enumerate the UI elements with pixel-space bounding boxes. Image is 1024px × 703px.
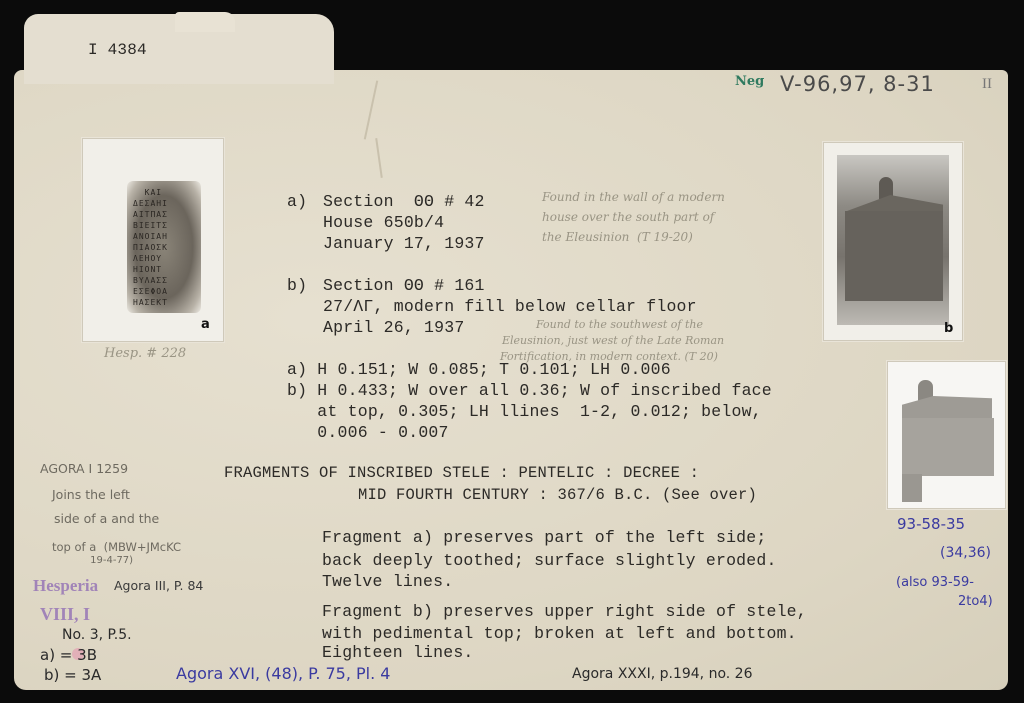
agora-xvi-ref: Agora XVI, (48), P. 75, Pl. 4 xyxy=(176,664,390,683)
right-note-3: (also 93-59- xyxy=(896,575,974,590)
fragment-b-desc-1: Fragment b) preserves upper right side o… xyxy=(322,601,807,622)
fragment-a-desc-2: back deeply toothed; surface slightly er… xyxy=(322,550,777,571)
agora-join-5: 19-4-77) xyxy=(52,550,133,572)
photo-frame-a: ΚΑΙ ΔΕΣΑΗΙ ΑΙΤΠΑΣ ΒΙΕΙΤΣ ΑΝΟΙΑΗ ΠΙΑΟΣΚ Λ… xyxy=(82,138,224,342)
neg-label: Neg xyxy=(735,74,764,89)
agora-iii-ref: Agora III, P. 84 xyxy=(114,578,203,593)
fragment-b-desc-3: Eighteen lines. xyxy=(322,642,474,663)
context-b: 27/ΛΓ, modern fill below cellar floor xyxy=(323,296,697,317)
agora-join-1: AGORA I 1259 xyxy=(40,458,128,480)
pencil-note-a-3: the Eleusinion (T 19-20) xyxy=(542,227,693,247)
a-equals: a) = 3B xyxy=(40,646,97,664)
photo-a-caption: Hesp. # 228 xyxy=(104,344,186,364)
marker-b: b) xyxy=(287,275,307,296)
fragment-b-desc-2: with pedimental top; broken at left and … xyxy=(322,623,797,644)
stele-fragment-a xyxy=(902,474,922,502)
object-title-2: MID FOURTH CENTURY : 367/6 B.C. (See ove… xyxy=(358,485,757,506)
dimensions-b-2: at top, 0.305; LH llines 1-2, 0.012; bel… xyxy=(287,401,762,422)
dimensions-b-1: b) H 0.433; W over all 0.36; W of inscri… xyxy=(287,380,772,401)
stele-face xyxy=(902,418,994,476)
agora-xxxi-ref: Agora XXXI, p.194, no. 26 xyxy=(572,666,752,682)
section-a: Section ΘΘ # 42 xyxy=(323,191,485,212)
fragment-b-photo xyxy=(837,155,949,325)
right-note-4: 2to4) xyxy=(958,594,993,609)
agora-join-2: Joins the left xyxy=(52,484,130,506)
dimensions-a: a) H 0.151; W 0.085; T 0.101; LH 0.006 xyxy=(287,359,671,380)
inventory-number: I 4384 xyxy=(88,40,147,61)
photo-label-a: a xyxy=(201,317,210,332)
dimensions-b-3: 0.006 - 0.007 xyxy=(287,422,449,443)
fragment-a-desc-3: Twelve lines. xyxy=(322,571,453,592)
no-ref: No. 3, P.5. xyxy=(62,627,132,643)
section-b: Section ΘΘ # 161 xyxy=(323,275,485,296)
object-title-1: FRAGMENTS OF INSCRIBED STELE : PENTELIC … xyxy=(224,463,699,484)
agora-join-3: side of a and the xyxy=(54,508,159,530)
date-a: January 17, 1937 xyxy=(323,233,485,254)
pencil-note-a-2: house over the south part of xyxy=(542,207,714,227)
fragment-a-photo: ΚΑΙ ΔΕΣΑΗΙ ΑΙΤΠΑΣ ΒΙΕΙΤΣ ΑΝΟΙΑΗ ΠΙΑΟΣΚ Λ… xyxy=(127,181,201,313)
negative-numbers: V-96,97, 8-31 xyxy=(780,72,935,96)
hesperia-volume: VIII, I xyxy=(40,604,90,625)
marker-a: a) xyxy=(287,191,307,212)
hesperia-stamp: Hesperia xyxy=(33,576,98,596)
pencil-note-a-1: Found in the wall of a modern xyxy=(542,187,725,207)
card-index: II xyxy=(982,76,992,93)
photo-frame-c xyxy=(887,361,1006,509)
photo-label-b: b xyxy=(944,321,953,336)
card-tab-tear xyxy=(175,12,235,32)
photo-frame-b: b xyxy=(823,142,963,341)
right-note-1: 93-58-35 xyxy=(897,515,965,533)
b-equals: b) = 3A xyxy=(44,666,101,684)
date-b: April 26, 1937 xyxy=(323,317,464,338)
fragment-a-desc-1: Fragment a) preserves part of the left s… xyxy=(322,527,766,548)
house-a: House 650b/4 xyxy=(323,212,444,233)
right-note-2: (34,36) xyxy=(940,545,991,561)
stele-top xyxy=(902,396,992,418)
